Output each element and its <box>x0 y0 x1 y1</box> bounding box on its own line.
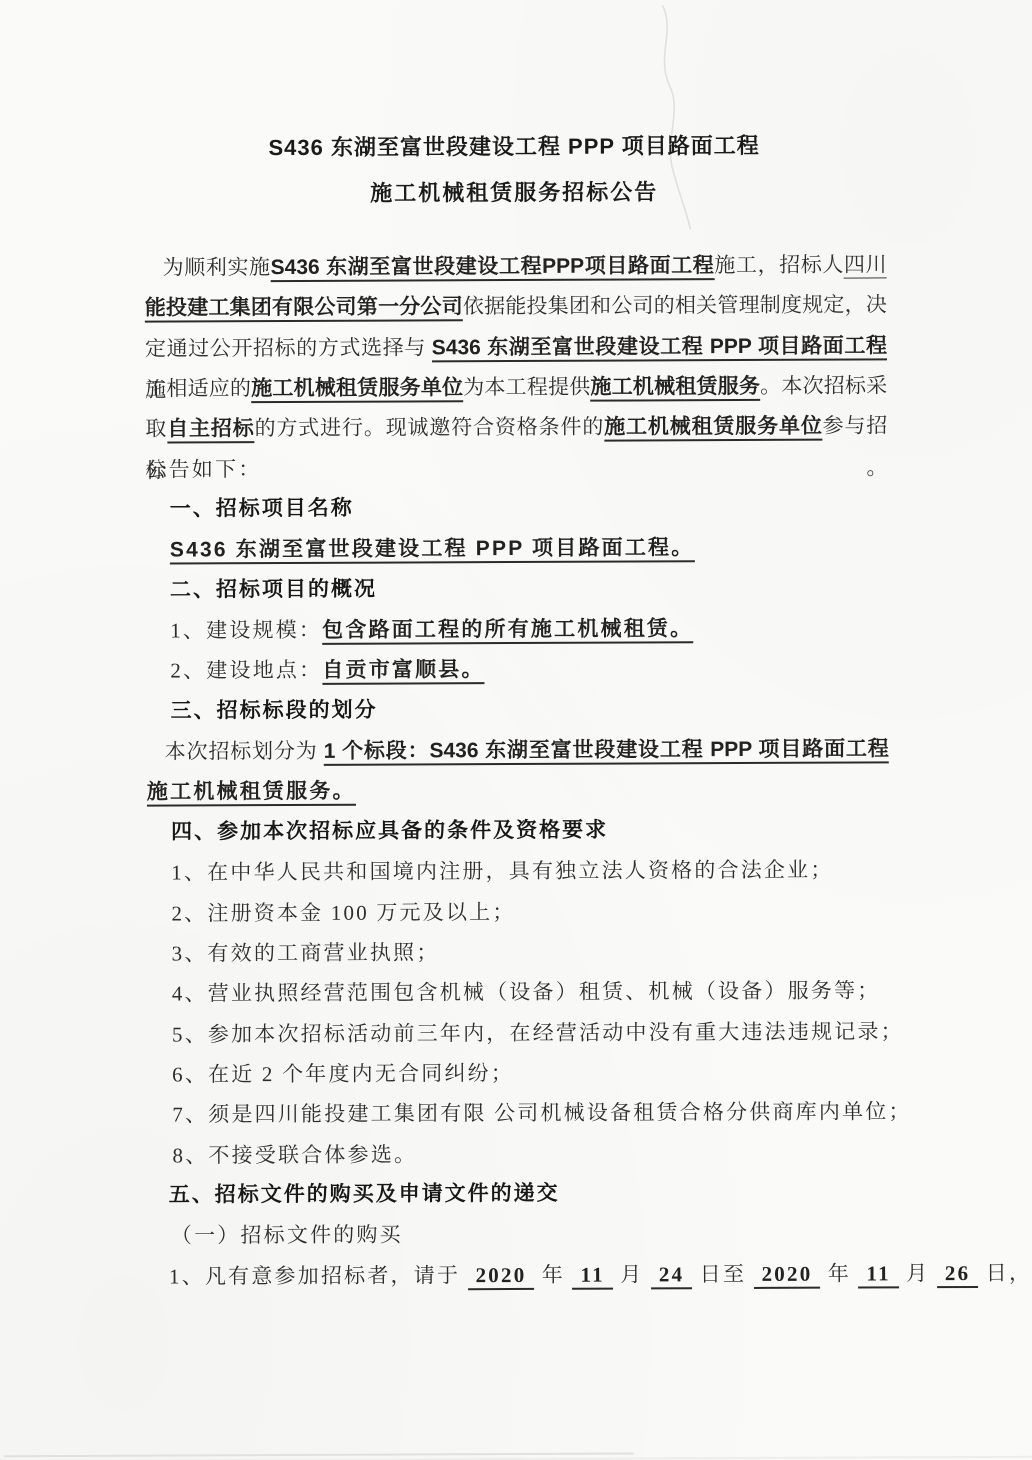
text-run: 四、参加本次招标应具备的条件及资格要求 <box>171 818 608 843</box>
text-run: 二、招标项目的概况 <box>170 577 377 601</box>
text-run: S436 东湖至富世段建设工程PPP项目路面工程 <box>271 254 715 282</box>
text-run: 五、招标文件的购买及申请文件的递交 <box>169 1182 560 1207</box>
scanned-sheet: S436 东湖至富世段建设工程 PPP 项目路面工程 施工机械租赁服务招标公告 … <box>0 0 1032 1460</box>
text-run: 2020 <box>468 1263 535 1290</box>
text-run: 施工，招标人 <box>714 253 844 278</box>
text-line: 8、不接受联合体参选。 <box>148 1132 890 1176</box>
text-run: 包含路面工程的所有施工机械租赁。 <box>322 617 693 645</box>
text-line: 1、凡有意参加招标者，请于 2020 年 11 月 24 日至 2020 年 1… <box>149 1253 891 1297</box>
text-run: 26 <box>937 1261 979 1288</box>
text-run: 的方式进行。现诚邀符合资格条件的 <box>255 415 605 441</box>
text-run: 8、不接受联合体参选。 <box>172 1142 417 1167</box>
text-run: 取 <box>145 417 167 441</box>
text-line: 定通过公开招标的方式选择与 S436 东湖至富世段建设工程 PPP 项目路面工程… <box>145 325 887 369</box>
text-run: 24 <box>651 1262 693 1289</box>
text-line: 2、建设地点：自贡市富顺县。 <box>146 648 888 692</box>
text-run: 2、建设地点： <box>170 658 322 683</box>
text-run: （一）招标文件的购买 <box>171 1223 403 1248</box>
text-line: 为顺利实施S436 东湖至富世段建设工程PPP项目路面工程施工，招标人四川 <box>145 244 887 288</box>
text-run: 5、参加本次招标活动前三年内，在经营活动中没有重大违法违规记录； <box>172 1019 904 1046</box>
text-run: 11 <box>572 1262 612 1289</box>
text-run: 自贡市富顺县。 <box>322 659 485 686</box>
doc-title-line1: S436 东湖至富世段建设工程 PPP 项目路面工程 <box>0 122 1030 173</box>
text-line: 7、须是四川能投建工集团有限 公司机械设备租赁合格分供商库内单位； <box>148 1092 890 1136</box>
document-title: S436 东湖至富世段建设工程 PPP 项目路面工程 施工机械租赁服务招标公告 <box>0 122 1030 219</box>
text-run: 施工机械租赁服务 <box>590 375 760 402</box>
section-heading: 一、招标项目名称 <box>146 486 888 530</box>
text-run: 1、建设规模： <box>170 618 322 643</box>
text-run: 日至 <box>692 1262 753 1286</box>
text-line: 取自主招标的方式进行。现诚邀符合资格条件的施工机械租赁服务单位参与招标。 <box>145 406 887 450</box>
document-page: S436 东湖至富世段建设工程 PPP 项目路面工程 施工机械租赁服务招标公告 … <box>0 0 1032 1460</box>
body-lines: 为顺利实施S436 东湖至富世段建设工程PPP项目路面工程施工，招标人四川能投建… <box>145 244 892 1296</box>
text-run: 公告如下： <box>145 457 261 482</box>
text-line: 4、营业执照经营范围包含机械（设备）租赁、机械（设备）服务等； <box>148 971 890 1015</box>
text-run: S436 东湖至富世段建设工程 PPP 项目路面工程。 <box>170 537 695 565</box>
section-heading: 三、招标标段的划分 <box>146 688 888 732</box>
section-heading: 二、招标项目的概况 <box>146 567 888 611</box>
text-run: 。本次招标采 <box>760 373 887 398</box>
text-run: 一、招标项目名称 <box>170 497 354 521</box>
text-run: 3、有效的工商营业执照； <box>172 940 440 965</box>
text-run: 四川 <box>844 252 887 278</box>
text-line: 工相适应的施工机械租赁服务单位为本工程提供施工机械租赁服务。本次招标采 <box>145 365 887 409</box>
text-line: 3、有效的工商营业执照； <box>148 930 890 974</box>
text-run: 月 <box>613 1262 651 1286</box>
text-run: 2020 <box>754 1261 821 1288</box>
text-run: 月 <box>899 1261 937 1285</box>
text-run: 年 <box>534 1262 572 1286</box>
text-run: 本次招标划分为 <box>165 739 324 764</box>
section-heading: 四、参加本次招标应具备的条件及资格要求 <box>147 809 889 853</box>
scan-bottom-edge <box>4 1452 634 1457</box>
text-run: 自主招标 <box>167 418 255 444</box>
text-run: 三、招标标段的划分 <box>170 698 377 722</box>
text-run: 能投建工集团有限公司第一分公司 <box>145 296 463 323</box>
text-run: 2、注册资本金 100 万元及以上； <box>171 900 515 926</box>
text-line: （一）招标文件的购买 <box>149 1213 891 1257</box>
text-line: 能投建工集团有限公司第一分公司依据能投集团和公司的相关管理制度规定，决 <box>145 285 887 329</box>
text-line: S436 东湖至富世段建设工程 PPP 项目路面工程。 <box>146 527 888 571</box>
section-heading: 五、招标文件的购买及申请文件的递交 <box>149 1172 891 1216</box>
text-run: 11 <box>858 1261 898 1288</box>
text-run: 1、在中华人民共和国境内注册，具有独立法人资格的合法企业； <box>171 858 833 885</box>
text-run: 1、凡有意参加招标者，请于 <box>169 1263 468 1288</box>
text-run: 7、须是四川能投建工集团有限 公司机械设备租赁合格分供商库内单位； <box>172 1099 911 1126</box>
text-line: 施工机械租赁服务。 <box>147 769 889 813</box>
text-run: 工相适应的 <box>145 376 251 400</box>
text-run: 为本工程提供 <box>463 375 590 400</box>
text-run: 6、在近 2 个年度内无合同纠纷； <box>172 1061 514 1086</box>
text-run: 施工机械租赁服务单位 <box>251 376 463 403</box>
text-run: 为顺利实施 <box>163 255 271 279</box>
text-run: 施工机械租赁服务。 <box>147 780 356 807</box>
text-line: 6、在近 2 个年度内无合同纠纷； <box>148 1051 890 1095</box>
text-run: 4、营业执照经营范围包含机械（设备）租赁、机械（设备）服务等； <box>172 979 881 1006</box>
doc-title-line2: 施工机械租赁服务招标公告 <box>0 168 1030 219</box>
text-run: 定通过公开招标的方式选择与 <box>145 335 432 360</box>
text-run: 1 个标段：S436 东湖至富世段建设工程 PPP 项目路面工程 <box>324 738 889 766</box>
text-line: 1、建设规模：包含路面工程的所有施工机械租赁。 <box>146 607 888 651</box>
text-line: 本次招标划分为 1 个标段：S436 东湖至富世段建设工程 PPP 项目路面工程 <box>147 729 889 773</box>
text-run: 施工机械租赁服务单位 <box>604 415 823 442</box>
text-line: 5、参加本次招标活动前三年内，在经营活动中没有重大违法违规记录； <box>148 1011 890 1055</box>
text-run: 日， <box>978 1260 1032 1284</box>
text-run: 依据能投集团和公司的相关管理制度规定，决 <box>463 293 887 319</box>
text-run: 年 <box>820 1261 858 1285</box>
text-run: S436 东湖至富世段建设工程 PPP 项目路面工程 <box>432 334 887 362</box>
text-line: 2、注册资本金 100 万元及以上； <box>147 890 889 934</box>
text-line: 1、在中华人民共和国境内注册，具有独立法人资格的合法企业； <box>147 850 889 894</box>
